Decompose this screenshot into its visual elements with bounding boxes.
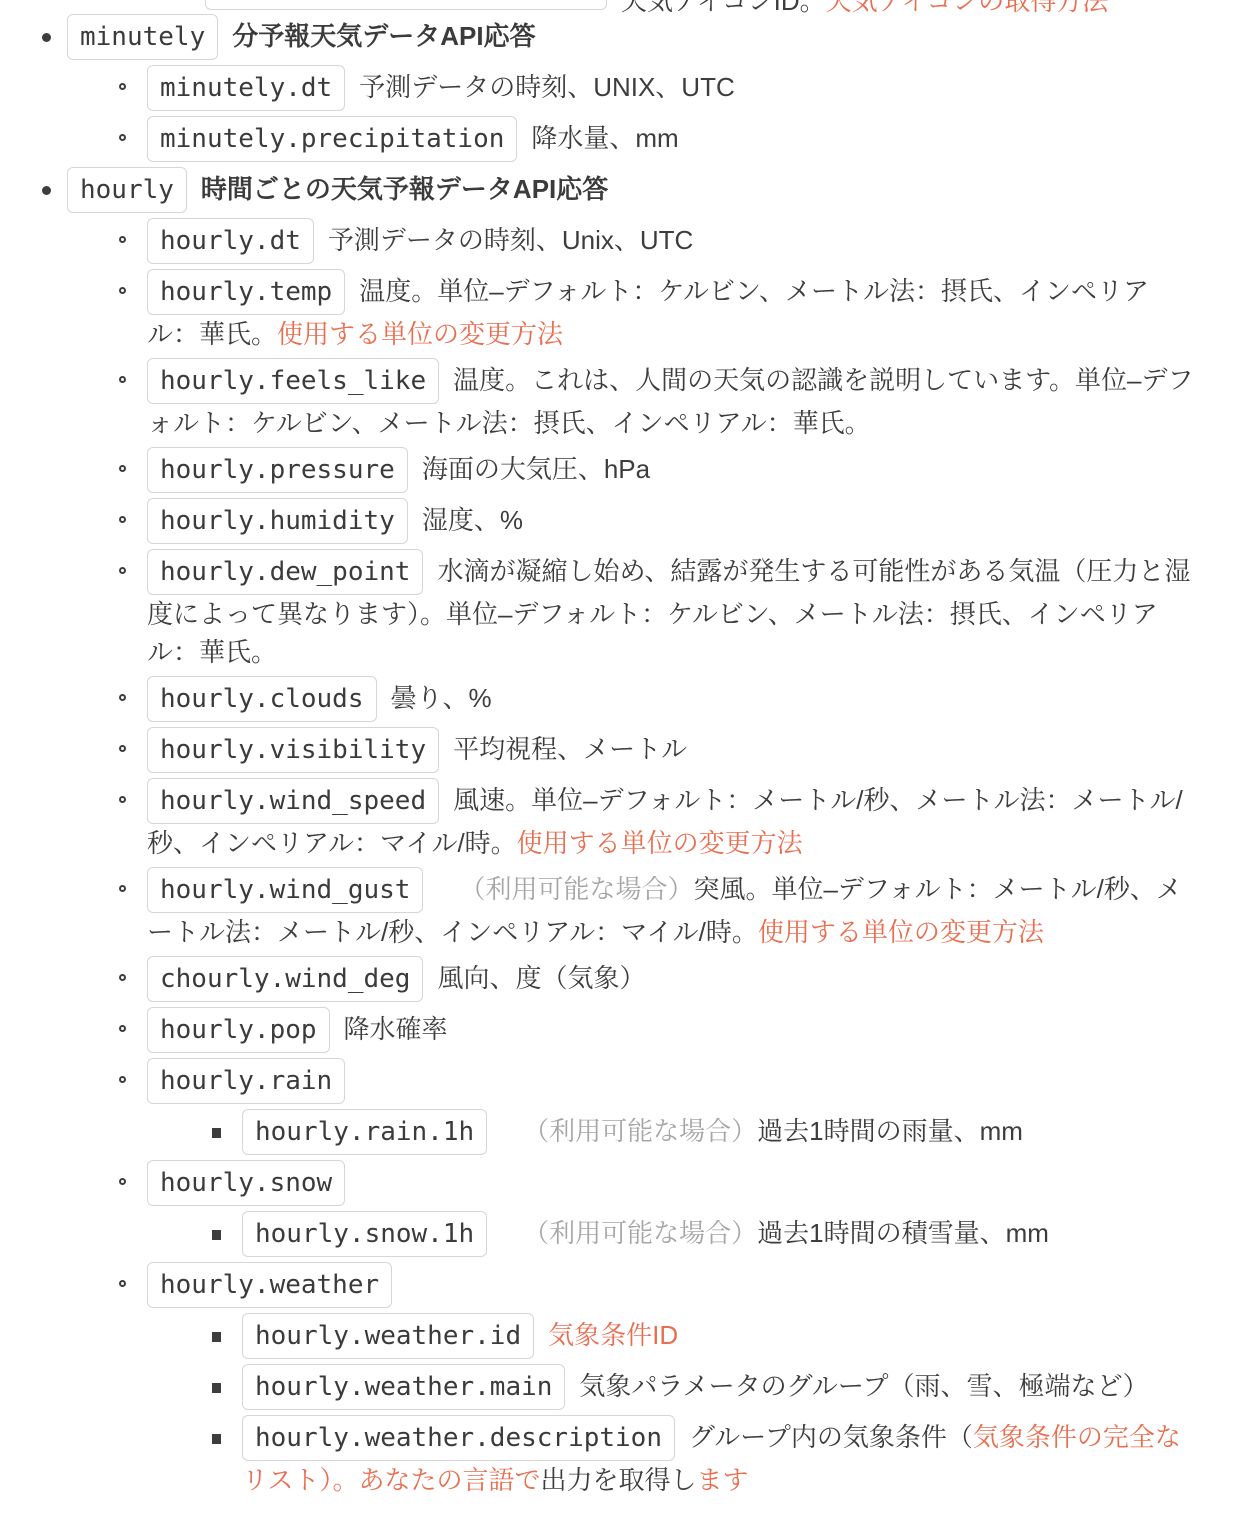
square-bullet-icon <box>212 1332 221 1342</box>
code-box: hourly <box>67 167 187 213</box>
desc-text: 予測データの時刻、Unix、UTC <box>328 225 693 255</box>
doc-link[interactable]: ます <box>697 1465 749 1495</box>
desc-text: 平均視程、メートル <box>453 734 687 764</box>
desc-text: 気象パラメータのグループ（雨、雪、極端など） <box>579 1371 1148 1401</box>
circle-bullet-icon <box>119 376 126 383</box>
desc-text: 降水量、mm <box>531 123 678 153</box>
code-box: hourly.wind_gust <box>147 867 423 913</box>
circle-bullet-icon <box>119 83 126 90</box>
circle-bullet-icon <box>119 567 126 574</box>
code-box: hourly.wind_speed <box>147 778 439 824</box>
code-box: hourly.pressure <box>147 447 408 493</box>
desc-text: グループ内の気象条件（ <box>689 1422 973 1452</box>
list-item: hourly.rainhourly.rain.1h（利用可能な場合）過去1時間の… <box>147 1058 1198 1155</box>
square-bullet-icon <box>212 1128 221 1138</box>
doc-link[interactable]: 使用する単位の変更方法 <box>758 917 1044 947</box>
doc-link[interactable]: あなたの言語で <box>358 1465 540 1495</box>
code-box: hourly.dt <box>147 218 314 264</box>
list-item: hourly.pop降水確率 <box>147 1007 1198 1053</box>
circle-bullet-icon <box>119 1076 126 1083</box>
doc-link[interactable]: 使用する単位の変更方法 <box>277 319 563 349</box>
code-box: minutely.dt <box>147 65 345 111</box>
list-item: hourly.dt予測データの時刻、Unix、UTC <box>147 218 1198 264</box>
nested-list: hourly.snow.1h（利用可能な場合）過去1時間の積雪量、mm <box>147 1211 1198 1257</box>
list-item: hourly.weather.main気象パラメータのグループ（雨、雪、極端など… <box>242 1364 1198 1410</box>
circle-bullet-icon <box>119 1178 126 1185</box>
doc-link[interactable]: 使用する単位の変更方法 <box>517 828 803 858</box>
code-box: hourly.rain.1h <box>242 1109 487 1155</box>
desc-text: 海面の大気圧、hPa <box>422 454 650 484</box>
code-box: hourly.humidity <box>147 498 408 544</box>
list-item: hourly.temp温度。単位–デフォルト：ケルビン、メートル法：摂氏、インペ… <box>147 269 1198 353</box>
desc-text: 降水確率 <box>344 1014 448 1044</box>
code-box: chourly.wind_deg <box>147 956 423 1002</box>
circle-bullet-icon <box>119 236 126 243</box>
code-box: minutely <box>67 14 218 60</box>
list-item: hourly.snowhourly.snow.1h（利用可能な場合）過去1時間の… <box>147 1160 1198 1257</box>
nested-list: hourly.weather.id気象条件IDhourly.weather.ma… <box>147 1313 1198 1499</box>
desc-text: 曇り、% <box>391 683 492 713</box>
desc-text: 出力を取得し <box>541 1465 697 1495</box>
list-item: hourly.clouds曇り、% <box>147 676 1198 722</box>
desc-text: 分予報天気データAPI応答 <box>232 21 535 51</box>
list-item: hourly.snow.1h（利用可能な場合）過去1時間の積雪量、mm <box>242 1211 1198 1257</box>
list-item: hourly.pressure海面の大気圧、hPa <box>147 447 1198 493</box>
doc-link[interactable]: 気象条件ID <box>548 1320 678 1350</box>
circle-bullet-icon <box>119 516 126 523</box>
code-box: hourly.weather.description <box>242 1415 675 1461</box>
desc-text: 時間ごとの天気予報データAPI応答 <box>201 174 608 204</box>
code-box: hourly.snow.1h <box>242 1211 487 1257</box>
circle-bullet-icon <box>119 885 126 892</box>
nested-list: minutely.dt予測データの時刻、UNIX、UTCminutely.pre… <box>67 65 1198 162</box>
code-box: minutely.precipitation <box>147 116 517 162</box>
code-box: hourly.temp <box>147 269 345 315</box>
desc-text: 予測データの時刻、UNIX、UTC <box>359 72 735 102</box>
disc-bullet-icon <box>42 186 51 195</box>
code-box: hourly.feels_like <box>147 358 439 404</box>
square-bullet-icon <box>212 1383 221 1393</box>
code-box: hourly.dew_point <box>147 549 423 595</box>
desc-text: 湿度、% <box>422 505 523 535</box>
list-item: hourly.wind_gust（利用可能な場合）突風。単位–デフォルト：メート… <box>147 867 1198 951</box>
list-item: hourly.weatherhourly.weather.id気象条件IDhou… <box>147 1262 1198 1499</box>
desc-text: 過去1時間の雨量、mm <box>757 1116 1023 1146</box>
list-item: hourly.dew_point水滴が凝縮し始め、結露が発生する可能性がある気温… <box>147 549 1198 671</box>
list-item: hourly.weather.descriptionグループ内の気象条件（気象条… <box>242 1415 1198 1499</box>
circle-bullet-icon <box>119 1280 126 1287</box>
list-item: hourly時間ごとの天気予報データAPI応答hourly.dt予測データの時刻… <box>67 167 1198 1499</box>
code-box <box>205 0 607 10</box>
doc-page: 天気アイコンID。天気アイコンの取得方法 minutely分予報天気データAPI… <box>0 0 1258 1538</box>
desc-text: （利用可能な場合） <box>523 1116 757 1146</box>
circle-bullet-icon <box>119 745 126 752</box>
list-item: minutely.precipitation降水量、mm <box>147 116 1198 162</box>
list-item: hourly.visibility平均視程、メートル <box>147 727 1198 773</box>
desc-text: 過去1時間の積雪量、mm <box>757 1218 1049 1248</box>
disc-bullet-icon <box>42 33 51 42</box>
list-item: hourly.rain.1h（利用可能な場合）過去1時間の雨量、mm <box>242 1109 1198 1155</box>
code-box: hourly.visibility <box>147 727 439 773</box>
circle-bullet-icon <box>119 1025 126 1032</box>
list-item: chourly.wind_deg風向、度（気象） <box>147 956 1198 1002</box>
circle-bullet-icon <box>119 974 126 981</box>
desc-text: （利用可能な場合） <box>459 874 693 904</box>
circle-bullet-icon <box>119 465 126 472</box>
circle-bullet-icon <box>119 796 126 803</box>
code-box: hourly.weather.main <box>242 1364 565 1410</box>
list-item: minutely.dt予測データの時刻、UNIX、UTC <box>147 65 1198 111</box>
code-box: hourly.rain <box>147 1058 345 1104</box>
code-box: hourly.snow <box>147 1160 345 1206</box>
code-box: hourly.clouds <box>147 676 377 722</box>
nested-list: hourly.dt予測データの時刻、Unix、UTChourly.temp温度。… <box>67 218 1198 1499</box>
circle-bullet-icon <box>119 694 126 701</box>
code-box: hourly.pop <box>147 1007 330 1053</box>
desc-text: （利用可能な場合） <box>523 1218 757 1248</box>
square-bullet-icon <box>212 1434 221 1444</box>
square-bullet-icon <box>212 1230 221 1240</box>
list-item: hourly.wind_speed風速。単位–デフォルト：メートル/秒、メートル… <box>147 778 1198 862</box>
code-box: hourly.weather <box>147 1262 392 1308</box>
list-item: minutely分予報天気データAPI応答minutely.dt予測データの時刻… <box>67 14 1198 162</box>
code-box: hourly.weather.id <box>242 1313 534 1359</box>
circle-bullet-icon <box>119 287 126 294</box>
list-item: hourly.humidity湿度、% <box>147 498 1198 544</box>
desc-text: 風向、度（気象） <box>437 963 645 993</box>
nested-list: hourly.rain.1h（利用可能な場合）過去1時間の雨量、mm <box>147 1109 1198 1155</box>
list-item: hourly.feels_like温度。これは、人間の天気の認識を説明しています… <box>147 358 1198 442</box>
circle-bullet-icon <box>119 134 126 141</box>
api-field-list: minutely分予報天気データAPI応答minutely.dt予測データの時刻… <box>0 14 1258 1499</box>
list-item: hourly.weather.id気象条件ID <box>242 1313 1198 1359</box>
